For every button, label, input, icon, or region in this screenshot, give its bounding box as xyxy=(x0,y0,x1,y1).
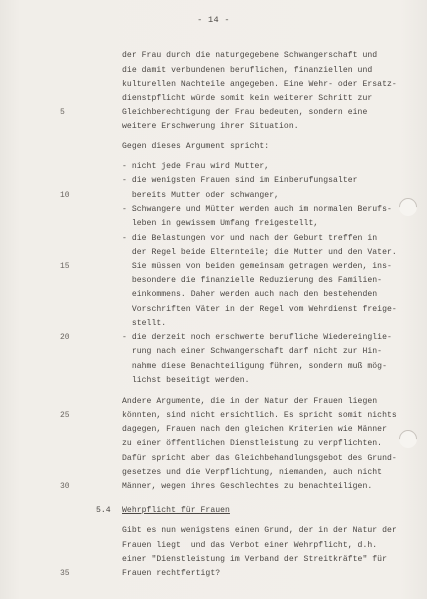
punch-hole-mark xyxy=(395,194,420,219)
text-line: Frauen liegt und das Verbot einer Wehrpf… xyxy=(122,541,377,551)
section-number: 5.4 xyxy=(96,506,111,516)
text-line: Dafür spricht aber das Gleichbehandlungs… xyxy=(122,454,397,464)
text-line: könnten, sind nicht ersichtlich. Es spri… xyxy=(122,411,397,421)
text-line: weitere Erschwerung ihrer Situation. xyxy=(122,122,299,132)
text-line: Männer, wegen ihres Geschlechtes zu bena… xyxy=(122,482,372,492)
list-item: einkommens. Daher werden auch nach den b… xyxy=(122,290,377,300)
text-line: Andere Argumente, die in der Natur der F… xyxy=(122,397,377,407)
text-line: Frauen rechtfertigt? xyxy=(122,569,220,579)
text-line: Gleichberechtigung der Frau bedeuten, so… xyxy=(122,108,367,118)
line-number: 15 xyxy=(60,262,70,272)
line-number: 25 xyxy=(60,411,70,421)
text-line: dagegen, Frauen nach den gleichen Kriter… xyxy=(122,425,387,435)
text-line: einer "Dienstleistung im Verband der Str… xyxy=(122,555,387,565)
intro-line: Gegen dieses Argument spricht: xyxy=(122,142,269,152)
line-number: 10 xyxy=(60,191,70,201)
list-item: - die derzeit noch erschwerte berufliche… xyxy=(122,333,392,343)
line-number: 35 xyxy=(60,569,70,579)
list-item: - die Belastungen vor und nach der Gebur… xyxy=(122,234,377,244)
list-item: bereits Mutter oder schwanger, xyxy=(122,191,279,201)
text-line: zu einer öffentlichen Dienstleistung zu … xyxy=(122,439,382,449)
text-line: Gibt es nun wenigstens einen Grund, der … xyxy=(122,526,397,536)
list-item: Sie müssen von beiden gemeinsam getragen… xyxy=(122,262,392,272)
text-line: gesetzes und die Verpflichtung, niemande… xyxy=(122,468,382,478)
list-item: - Schwangere und Mütter werden auch im n… xyxy=(122,205,392,215)
page-number: - 14 - xyxy=(0,15,427,25)
text-line: die damit verbundenen beruflichen, finan… xyxy=(122,66,372,76)
list-item: lichst beseitigt werden. xyxy=(122,376,250,386)
punch-hole-mark xyxy=(395,426,420,451)
document-page: - 14 - der Frau durch die naturgegebene … xyxy=(0,0,427,599)
line-number: 20 xyxy=(60,333,70,343)
list-item: - nicht jede Frau wird Mutter, xyxy=(122,162,269,172)
list-item: leben in gewissem Umfang freigestellt, xyxy=(122,219,318,229)
text-line: dienstpflicht würde somit kein weiterer … xyxy=(122,94,372,104)
text-line: kulturellen Nachteile angegeben. Eine We… xyxy=(122,80,397,90)
text-line: der Frau durch die naturgegebene Schwang… xyxy=(122,51,377,61)
list-item: nahme diese Benachteiligung führen, sond… xyxy=(122,362,387,372)
section-heading: Wehrpflicht für Frauen xyxy=(122,506,230,516)
list-item: besondere die finanzielle Reduzierung de… xyxy=(122,276,382,286)
list-item: der Regel beide Elternteile; die Mutter … xyxy=(122,248,397,258)
line-number: 30 xyxy=(60,482,70,492)
list-item: Vorschriften Väter in der Regel vom Wehr… xyxy=(122,305,397,315)
list-item: stellt. xyxy=(122,319,166,329)
list-item: rung nach einer Schwangerschaft darf nic… xyxy=(122,347,382,357)
list-item: - die wenigsten Frauen sind im Einberufu… xyxy=(122,176,358,186)
line-number: 5 xyxy=(60,108,65,118)
